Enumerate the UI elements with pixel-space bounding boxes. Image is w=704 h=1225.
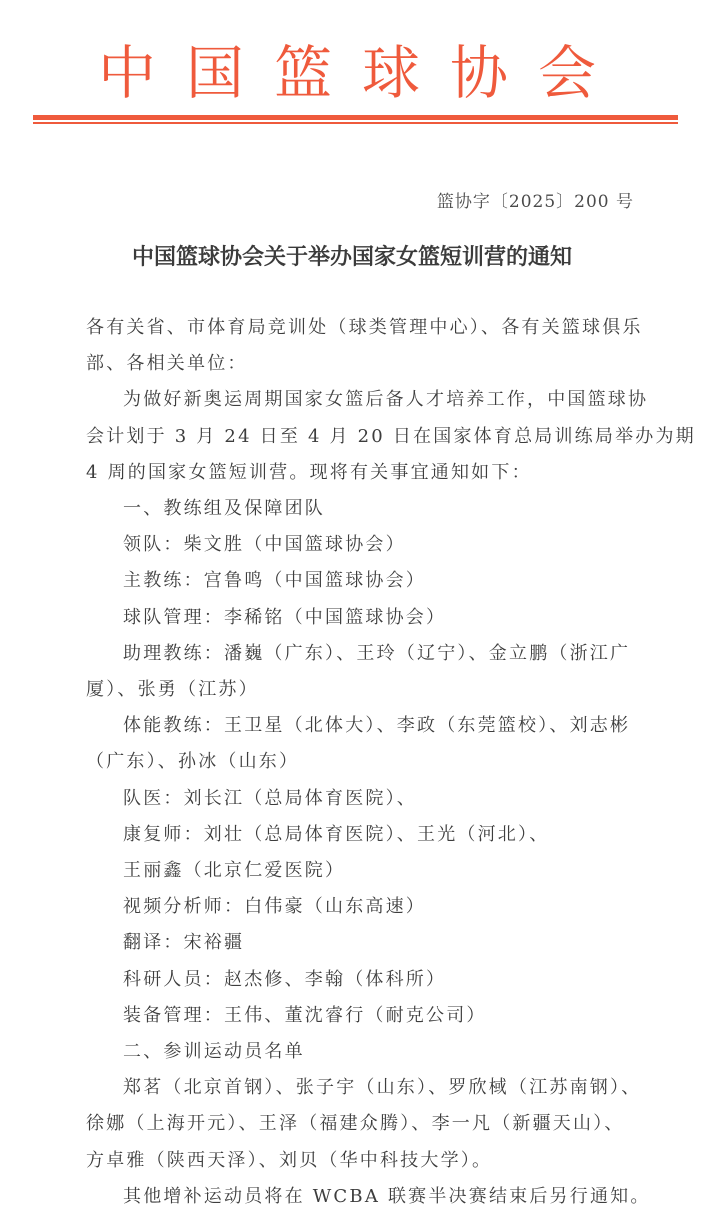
body-line: 各有关省、市体育局竞训处（球类管理中心）、各有关篮球俱乐 [86, 310, 636, 346]
body-line: 王丽鑫（北京仁爱医院） [86, 853, 636, 889]
section-heading: 一、教练组及保障团队 [86, 491, 636, 527]
body-line: 领队：柴文胜（中国篮球协会） [86, 527, 636, 563]
body-line: 会计划于 3 月 24 日至 4 月 20 日在国家体育总局训练局举办为期 [86, 419, 636, 455]
body-line: （广东）、孙冰（山东） [86, 744, 636, 780]
body-line: 助理教练：潘巍（广东）、王玲（辽宁）、金立鹏（浙江广 [86, 636, 636, 672]
body-line: 球队管理：李稀铭（中国篮球协会） [86, 600, 636, 636]
body-line: 徐娜（上海开元）、王泽（福建众腾）、李一凡（新疆天山）、 [86, 1106, 636, 1142]
body-line: 为做好新奥运周期国家女篮后备人才培养工作，中国篮球协 [86, 382, 636, 418]
masthead-rule-thin [33, 122, 678, 124]
document-body: 各有关省、市体育局竞训处（球类管理中心）、各有关篮球俱乐 部、各相关单位： 为做… [86, 310, 636, 1215]
document-title: 中国篮球协会关于举办国家女篮短训营的通知 [0, 240, 704, 271]
body-line: 主教练：宫鲁鸣（中国篮球协会） [86, 563, 636, 599]
body-line: 厦）、张勇（江苏） [86, 672, 636, 708]
body-line: 部、各相关单位： [86, 346, 636, 382]
section-heading: 二、参训运动员名单 [86, 1034, 636, 1070]
body-line: 体能教练：王卫星（北体大）、李政（东莞篮校）、刘志彬 [86, 708, 636, 744]
body-line: 4 周的国家女篮短训营。现将有关事宜通知如下： [86, 455, 636, 491]
body-line: 装备管理：王伟、董沈睿行（耐克公司） [86, 998, 636, 1034]
body-line: 方卓雅（陕西天泽）、刘贝（华中科技大学）。 [86, 1143, 636, 1179]
org-masthead: 中国篮球协会 [0, 38, 704, 108]
document-number: 篮协字〔2025〕200 号 [437, 187, 634, 212]
body-line: 康复师：刘壮（总局体育医院）、王光（河北）、 [86, 817, 636, 853]
body-line: 队医：刘长江（总局体育医院）、 [86, 781, 636, 817]
body-line: 翻译：宋裕疆 [86, 925, 636, 961]
body-line: 视频分析师：白伟豪（山东高速） [86, 889, 636, 925]
body-line: 科研人员：赵杰修、李翰（体科所） [86, 962, 636, 998]
masthead-rule-thick [33, 115, 678, 120]
body-line: 郑茗（北京首钢）、张子宇（山东）、罗欣棫（江苏南钢）、 [86, 1070, 636, 1106]
body-line: 其他增补运动员将在 WCBA 联赛半决赛结束后另行通知。 [86, 1179, 636, 1215]
